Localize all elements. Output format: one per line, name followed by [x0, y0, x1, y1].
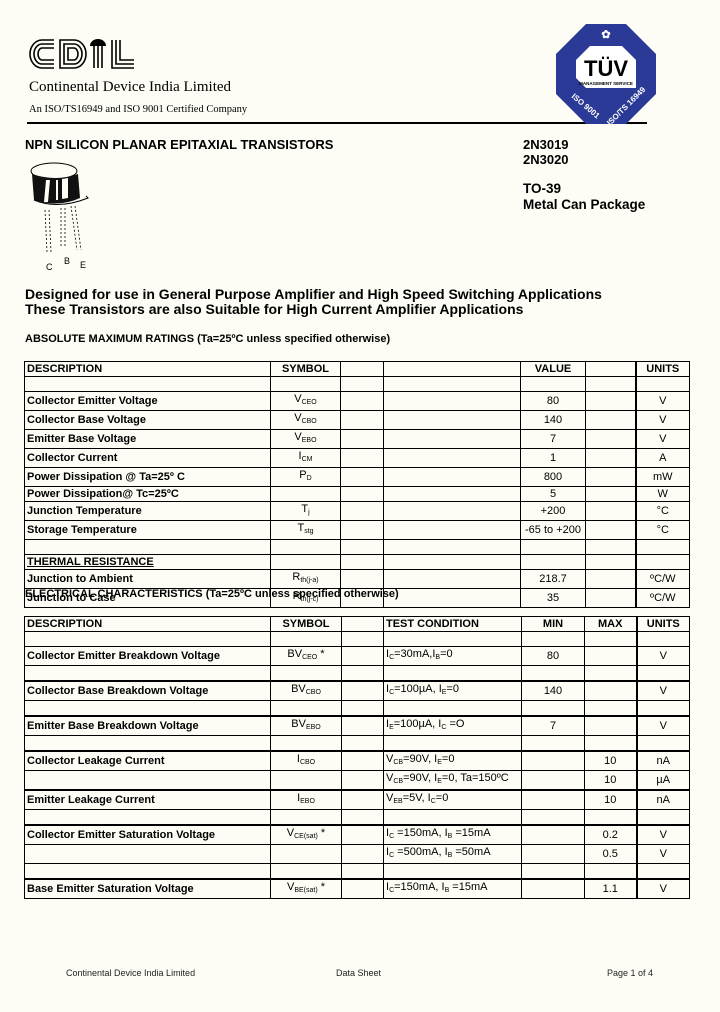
column-header: DESCRIPTION	[25, 362, 271, 377]
empty-cell	[384, 468, 521, 487]
empty-cell	[384, 555, 521, 570]
max-cell	[585, 810, 637, 826]
symbol-cell	[271, 701, 342, 717]
unit-cell: V	[637, 879, 690, 899]
unit-cell	[637, 632, 690, 647]
description-cell: Collector Base Voltage	[25, 411, 271, 430]
min-cell	[522, 701, 585, 717]
table-row: Base Emitter Saturation VoltageVBE(sat) …	[25, 879, 690, 899]
svg-text:TÜV: TÜV	[584, 56, 628, 81]
empty-cell	[341, 377, 384, 392]
empty-cell	[586, 555, 636, 570]
empty-cell	[384, 449, 521, 468]
value-cell	[521, 540, 586, 555]
column-header: MIN	[522, 617, 585, 632]
certification-text: An ISO/TS16949 and ISO 9001 Certified Co…	[29, 104, 247, 115]
unit-cell: W	[636, 487, 690, 502]
symbol-cell: BVCBO	[271, 681, 342, 701]
description-cell: Storage Temperature	[25, 521, 271, 540]
empty-cell	[341, 487, 384, 502]
symbol-cell	[271, 864, 342, 880]
empty-cell	[342, 736, 384, 752]
value-cell: 5	[521, 487, 586, 502]
empty-cell	[384, 487, 521, 502]
empty-cell	[384, 589, 521, 608]
column-header: VALUE	[521, 362, 586, 377]
max-cell	[585, 666, 637, 682]
max-cell: 10	[585, 790, 637, 810]
test-condition-cell	[384, 666, 522, 682]
table-row: Collector Emitter VoltageVCEO80V	[25, 392, 690, 411]
description-cell: Collector Leakage Current	[25, 751, 271, 771]
empty-cell	[586, 570, 636, 589]
empty-cell	[586, 377, 636, 392]
unit-cell	[636, 555, 690, 570]
empty-cell	[341, 521, 384, 540]
empty-cell	[342, 879, 384, 899]
test-condition-cell: IE=100µA, IC =O	[384, 716, 522, 736]
max-cell	[585, 701, 637, 717]
symbol-cell	[271, 810, 342, 826]
max-cell: 1.1	[585, 879, 637, 899]
empty-cell	[342, 716, 384, 736]
table-row	[25, 736, 690, 752]
unit-cell	[636, 540, 690, 555]
description-cell	[25, 377, 271, 392]
empty-cell	[384, 521, 521, 540]
empty-cell	[342, 790, 384, 810]
unit-cell: V	[637, 647, 690, 666]
test-condition-cell: IC =500mA, IB =50mA	[384, 845, 522, 864]
unit-cell: nA	[637, 751, 690, 771]
column-header: DESCRIPTION	[25, 617, 271, 632]
min-cell	[522, 790, 585, 810]
empty-cell	[342, 751, 384, 771]
description-cell	[25, 666, 271, 682]
description-cell	[25, 701, 271, 717]
symbol-cell: Rth(j-a)	[271, 570, 341, 589]
table-row: Emitter Base VoltageVEBO7V	[25, 430, 690, 449]
unit-cell: V	[636, 392, 690, 411]
column-header: MAX	[585, 617, 637, 632]
empty-cell	[341, 430, 384, 449]
max-cell: 10	[585, 751, 637, 771]
footer-doc-type: Data Sheet	[336, 968, 381, 978]
value-cell	[521, 555, 586, 570]
empty-cell	[342, 701, 384, 717]
empty-cell	[342, 632, 384, 647]
unit-cell: °C	[636, 521, 690, 540]
column-header	[586, 362, 636, 377]
symbol-cell	[271, 377, 341, 392]
empty-cell	[384, 570, 521, 589]
description-cell: THERMAL RESISTANCE	[25, 555, 271, 570]
test-condition-cell	[384, 736, 522, 752]
table-row: Junction to AmbientRth(j-a)218.7ºC/W	[25, 570, 690, 589]
min-cell: 140	[522, 681, 585, 701]
symbol-cell	[271, 487, 341, 502]
symbol-cell	[271, 555, 341, 570]
max-cell: 0.5	[585, 845, 637, 864]
symbol-cell: BVEBO	[271, 716, 342, 736]
elec-heading: ELECTRICAL CHARACTERISTICS (Ta=25ºC unle…	[25, 588, 399, 600]
test-condition-cell	[384, 632, 522, 647]
symbol-cell: PD	[271, 468, 341, 487]
description-cell	[25, 864, 271, 880]
description-cell	[25, 736, 271, 752]
unit-cell: ºC/W	[636, 589, 690, 608]
tuv-badge-icon: ✿ TÜV MANAGEMENT SERVICE ISO 9001 ISO/TS…	[556, 24, 656, 124]
svg-text:✿: ✿	[601, 29, 610, 41]
symbol-cell	[271, 632, 342, 647]
table-row: VCB=90V, IE=0, Ta=150ºC10µA	[25, 771, 690, 791]
empty-cell	[586, 392, 636, 411]
min-cell	[522, 810, 585, 826]
empty-cell	[342, 647, 384, 666]
test-condition-cell: IC=30mA,IB=0	[384, 647, 522, 666]
table-row: Power Dissipation@ Tc=25ºC5W	[25, 487, 690, 502]
unit-cell	[637, 701, 690, 717]
electrical-characteristics-table: DESCRIPTIONSYMBOLTEST CONDITIONMINMAXUNI…	[24, 616, 690, 899]
value-cell: 80	[521, 392, 586, 411]
description-cell: Emitter Leakage Current	[25, 790, 271, 810]
description-cell	[25, 810, 271, 826]
package-type: TO-39	[523, 181, 561, 196]
symbol-cell	[271, 540, 341, 555]
value-cell: -65 to +200	[521, 521, 586, 540]
max-cell: 0.2	[585, 825, 637, 845]
description-cell: Collector Current	[25, 449, 271, 468]
max-cell	[585, 647, 637, 666]
product-title: NPN SILICON PLANAR EPITAXIAL TRANSISTORS	[25, 137, 333, 152]
description-cell: Base Emitter Saturation Voltage	[25, 879, 271, 899]
description-cell	[25, 845, 271, 864]
description-cell: Collector Emitter Breakdown Voltage	[25, 647, 271, 666]
empty-cell	[586, 430, 636, 449]
symbol-cell: IEBO	[271, 790, 342, 810]
test-condition-cell: IC =150mA, IB =15mA	[384, 825, 522, 845]
column-header	[341, 362, 384, 377]
max-cell	[585, 864, 637, 880]
unit-cell	[637, 736, 690, 752]
to39-package-icon: C B E	[28, 160, 98, 278]
description-cell: Power Dissipation@ Tc=25ºC	[25, 487, 271, 502]
empty-cell	[341, 502, 384, 521]
svg-text:C: C	[46, 262, 53, 272]
symbol-cell: BVCEO *	[271, 647, 342, 666]
unit-cell: A	[636, 449, 690, 468]
test-condition-cell	[384, 864, 522, 880]
empty-cell	[341, 570, 384, 589]
description-cell: Power Dissipation @ Ta=25º C	[25, 468, 271, 487]
min-cell	[522, 736, 585, 752]
max-cell: 10	[585, 771, 637, 791]
empty-cell	[586, 502, 636, 521]
table-row	[25, 377, 690, 392]
value-cell: 800	[521, 468, 586, 487]
part-number: 2N3020	[523, 152, 569, 167]
table-row: Collector Emitter Saturation VoltageVCE(…	[25, 825, 690, 845]
empty-cell	[586, 468, 636, 487]
test-condition-cell: VCB=90V, IE=0, Ta=150ºC	[384, 771, 522, 791]
table-row: Junction TemperatureTj+200°C	[25, 502, 690, 521]
footer-company: Continental Device India Limited	[66, 968, 195, 978]
max-cell	[585, 632, 637, 647]
table-row: Collector CurrentICM1A	[25, 449, 690, 468]
column-header: TEST CONDITION	[384, 617, 522, 632]
symbol-cell: Tstg	[271, 521, 341, 540]
empty-cell	[342, 864, 384, 880]
table-row: Collector Base Breakdown VoltageBVCBOIC=…	[25, 681, 690, 701]
symbol-cell	[271, 771, 342, 791]
description-cell: Collector Emitter Voltage	[25, 392, 271, 411]
empty-cell	[384, 392, 521, 411]
empty-cell	[341, 411, 384, 430]
table-row: THERMAL RESISTANCE	[25, 555, 690, 570]
empty-cell	[384, 411, 521, 430]
table-row: Storage TemperatureTstg-65 to +200°C	[25, 521, 690, 540]
abs-max-heading: ABSOLUTE MAXIMUM RATINGS (Ta=25ºC unless…	[25, 333, 390, 345]
symbol-cell: Tj	[271, 502, 341, 521]
symbol-cell: VCBO	[271, 411, 341, 430]
part-number: 2N3019	[523, 137, 569, 152]
column-header: SYMBOL	[271, 617, 342, 632]
test-condition-cell	[384, 810, 522, 826]
symbol-cell: VBE(sat) *	[271, 879, 342, 899]
description-cell: Emitter Base Voltage	[25, 430, 271, 449]
min-cell	[522, 666, 585, 682]
value-cell: +200	[521, 502, 586, 521]
unit-cell	[636, 377, 690, 392]
test-condition-cell: IC=100µA, IE=0	[384, 681, 522, 701]
max-cell	[585, 736, 637, 752]
svg-text:MANAGEMENT SERVICE: MANAGEMENT SERVICE	[579, 81, 633, 86]
value-cell: 218.7	[521, 570, 586, 589]
cdil-logo	[28, 36, 136, 72]
empty-cell	[384, 430, 521, 449]
symbol-cell: VCE(sat) *	[271, 825, 342, 845]
table-row: Power Dissipation @ Ta=25º CPD800mW	[25, 468, 690, 487]
empty-cell	[384, 540, 521, 555]
min-cell	[522, 825, 585, 845]
min-cell	[522, 751, 585, 771]
min-cell	[522, 879, 585, 899]
unit-cell: V	[637, 825, 690, 845]
empty-cell	[586, 589, 636, 608]
table-row: IC =500mA, IB =50mA0.5V	[25, 845, 690, 864]
unit-cell: nA	[637, 790, 690, 810]
table-row: Emitter Base Breakdown VoltageBVEBOIE=10…	[25, 716, 690, 736]
empty-cell	[586, 521, 636, 540]
symbol-cell: VCEO	[271, 392, 341, 411]
table-row	[25, 810, 690, 826]
description-cell	[25, 540, 271, 555]
description-cell: Emitter Base Breakdown Voltage	[25, 716, 271, 736]
empty-cell	[341, 555, 384, 570]
table-row: Emitter Leakage CurrentIEBOVEB=5V, IC=01…	[25, 790, 690, 810]
column-header	[342, 617, 384, 632]
value-cell: 140	[521, 411, 586, 430]
empty-cell	[586, 487, 636, 502]
value-cell: 7	[521, 430, 586, 449]
min-cell	[522, 845, 585, 864]
value-cell: 1	[521, 449, 586, 468]
test-condition-cell: IC=150mA, IB =15mA	[384, 879, 522, 899]
description-cell	[25, 771, 271, 791]
empty-cell	[342, 771, 384, 791]
empty-cell	[586, 540, 636, 555]
unit-cell: V	[637, 845, 690, 864]
value-cell	[521, 377, 586, 392]
column-header	[384, 362, 521, 377]
column-header: UNITS	[636, 362, 690, 377]
unit-cell	[637, 810, 690, 826]
abs-max-table: DESCRIPTIONSYMBOLVALUEUNITSCollector Emi…	[24, 361, 690, 608]
table-row	[25, 666, 690, 682]
empty-cell	[341, 468, 384, 487]
test-condition-cell: VCB=90V, IE=0	[384, 751, 522, 771]
unit-cell: mW	[636, 468, 690, 487]
unit-cell: V	[637, 716, 690, 736]
symbol-cell	[271, 666, 342, 682]
empty-cell	[384, 377, 521, 392]
min-cell	[522, 771, 585, 791]
empty-cell	[342, 681, 384, 701]
unit-cell: °C	[636, 502, 690, 521]
unit-cell: ºC/W	[636, 570, 690, 589]
empty-cell	[341, 392, 384, 411]
unit-cell: V	[636, 411, 690, 430]
empty-cell	[586, 411, 636, 430]
table-row: Collector Base VoltageVCBO140V	[25, 411, 690, 430]
table-row	[25, 701, 690, 717]
empty-cell	[384, 502, 521, 521]
symbol-cell: ICBO	[271, 751, 342, 771]
svg-text:B: B	[64, 256, 70, 266]
description-cell: Collector Base Breakdown Voltage	[25, 681, 271, 701]
description-line: Designed for use in General Purpose Ampl…	[25, 286, 602, 302]
svg-text:E: E	[80, 260, 86, 270]
company-name: Continental Device India Limited	[29, 79, 231, 96]
unit-cell	[637, 864, 690, 880]
description-cell: Junction to Ambient	[25, 570, 271, 589]
empty-cell	[342, 845, 384, 864]
test-condition-cell	[384, 701, 522, 717]
symbol-cell	[271, 736, 342, 752]
unit-cell: µA	[637, 771, 690, 791]
description-cell	[25, 632, 271, 647]
empty-cell	[342, 825, 384, 845]
symbol-cell: ICM	[271, 449, 341, 468]
min-cell	[522, 864, 585, 880]
empty-cell	[341, 449, 384, 468]
table-row	[25, 864, 690, 880]
max-cell	[585, 716, 637, 736]
header-divider	[27, 122, 647, 124]
unit-cell: V	[636, 430, 690, 449]
footer-page-number: Page 1 of 4	[607, 968, 653, 978]
unit-cell: V	[637, 681, 690, 701]
min-cell: 80	[522, 647, 585, 666]
description-line: These Transistors are also Suitable for …	[25, 301, 523, 317]
empty-cell	[586, 449, 636, 468]
table-row: Collector Leakage CurrentICBOVCB=90V, IE…	[25, 751, 690, 771]
test-condition-cell: VEB=5V, IC=0	[384, 790, 522, 810]
column-header: UNITS	[637, 617, 690, 632]
min-cell	[522, 632, 585, 647]
description-cell: Collector Emitter Saturation Voltage	[25, 825, 271, 845]
table-row	[25, 540, 690, 555]
column-header: SYMBOL	[271, 362, 341, 377]
value-cell: 35	[521, 589, 586, 608]
min-cell: 7	[522, 716, 585, 736]
symbol-cell	[271, 845, 342, 864]
table-row	[25, 632, 690, 647]
empty-cell	[342, 810, 384, 826]
symbol-cell: VEBO	[271, 430, 341, 449]
max-cell	[585, 681, 637, 701]
table-row: Collector Emitter Breakdown VoltageBVCEO…	[25, 647, 690, 666]
unit-cell	[637, 666, 690, 682]
package-description: Metal Can Package	[523, 197, 645, 212]
description-cell: Junction Temperature	[25, 502, 271, 521]
empty-cell	[342, 666, 384, 682]
empty-cell	[341, 540, 384, 555]
